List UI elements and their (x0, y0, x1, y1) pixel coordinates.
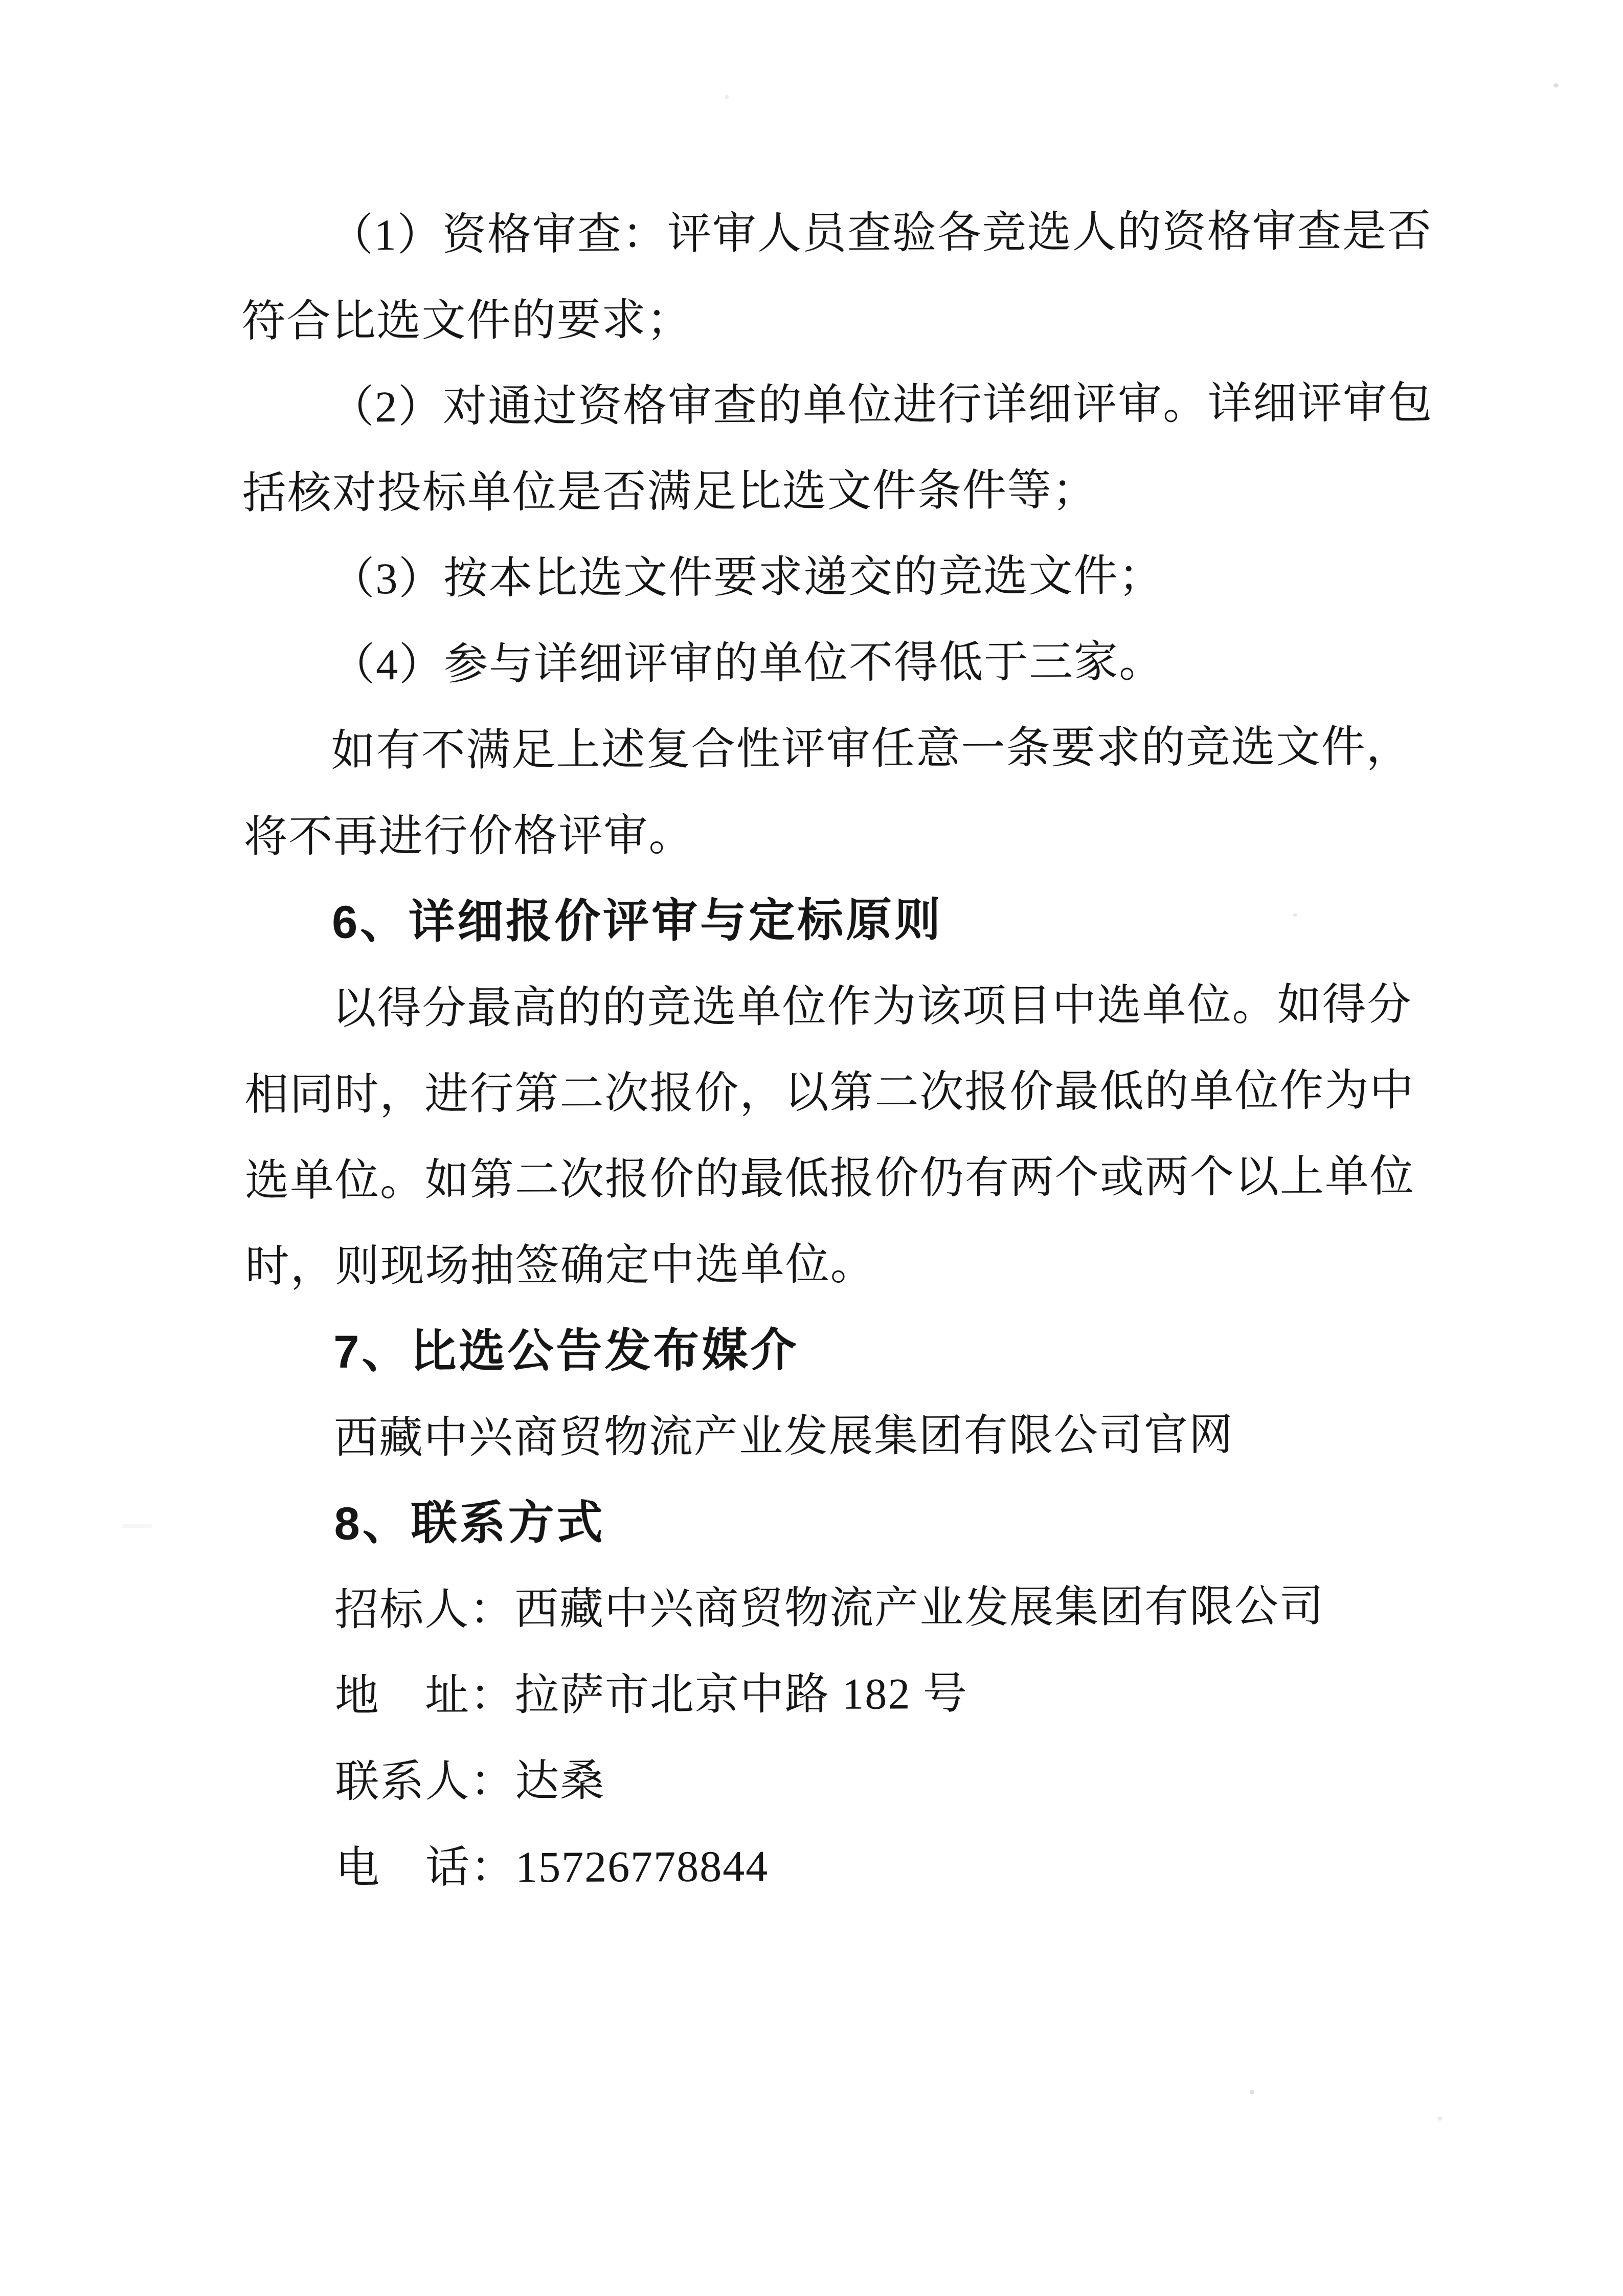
document-line: （3）按本比选文件要求递交的竞选文件； (242, 532, 1399, 622)
scanned-document-page: （1）资格审查：评审人员查验各竞选人的资格审查是否 符合比选文件的要求； （2）… (0, 0, 1623, 2296)
document-line: 招标人：西藏中兴商贸物流产业发展集团有限公司 (246, 1563, 1403, 1654)
document-line: 相同时，进行第二次报价，以第二次报价最低的单位作为中 (244, 1047, 1401, 1138)
scan-speck (1250, 2090, 1254, 2094)
document-line: 地 址：拉萨市北京中路 182 号 (247, 1649, 1403, 1740)
document-line: 将不再进行价格评审。 (243, 790, 1400, 880)
scan-speck (490, 1086, 493, 1090)
scan-speck (1553, 83, 1559, 87)
section-heading: 8、联系方式 (246, 1477, 1402, 1568)
document-text-block: （1）资格审查：评审人员查验各竞选人的资格审查是否 符合比选文件的要求； （2）… (241, 188, 1404, 1911)
document-line: 括核对投标单位是否满足比选文件条件等； (242, 446, 1398, 537)
document-line: 联系人：达桑 (247, 1735, 1403, 1825)
document-line: 西藏中兴商贸物流产业发展集团有限公司官网 (246, 1391, 1402, 1482)
section-heading: 6、详细报价评审与定标原则 (244, 876, 1400, 966)
document-line: （2）对通过资格审查的单位进行详细评审。详细评审包 (242, 360, 1398, 451)
document-line: 如有不满足上述复合性评审任意一条要求的竞选文件， (243, 704, 1399, 794)
document-line: 符合比选文件的要求； (241, 274, 1397, 365)
document-line: 时，则现场抽签确定中选单位。 (245, 1219, 1401, 1310)
document-line: （1）资格审查：评审人员查验各竞选人的资格审查是否 (241, 188, 1397, 279)
document-line: 以得分最高的的竞选单位作为该项目中选单位。如得分 (244, 962, 1400, 1052)
document-line: （4）参与详细评审的单位不得低于三家。 (243, 618, 1399, 708)
scan-speck (1293, 913, 1297, 917)
section-heading: 7、比选公告发布媒介 (245, 1305, 1402, 1396)
document-line: 电 话：15726778844 (247, 1821, 1404, 1911)
scan-speck (725, 95, 729, 99)
scan-smudge (122, 1524, 152, 1528)
document-line: 选单位。如第二次报价的最低报价仍有两个或两个以上单位 (245, 1133, 1401, 1224)
scan-speck (1438, 2116, 1442, 2121)
